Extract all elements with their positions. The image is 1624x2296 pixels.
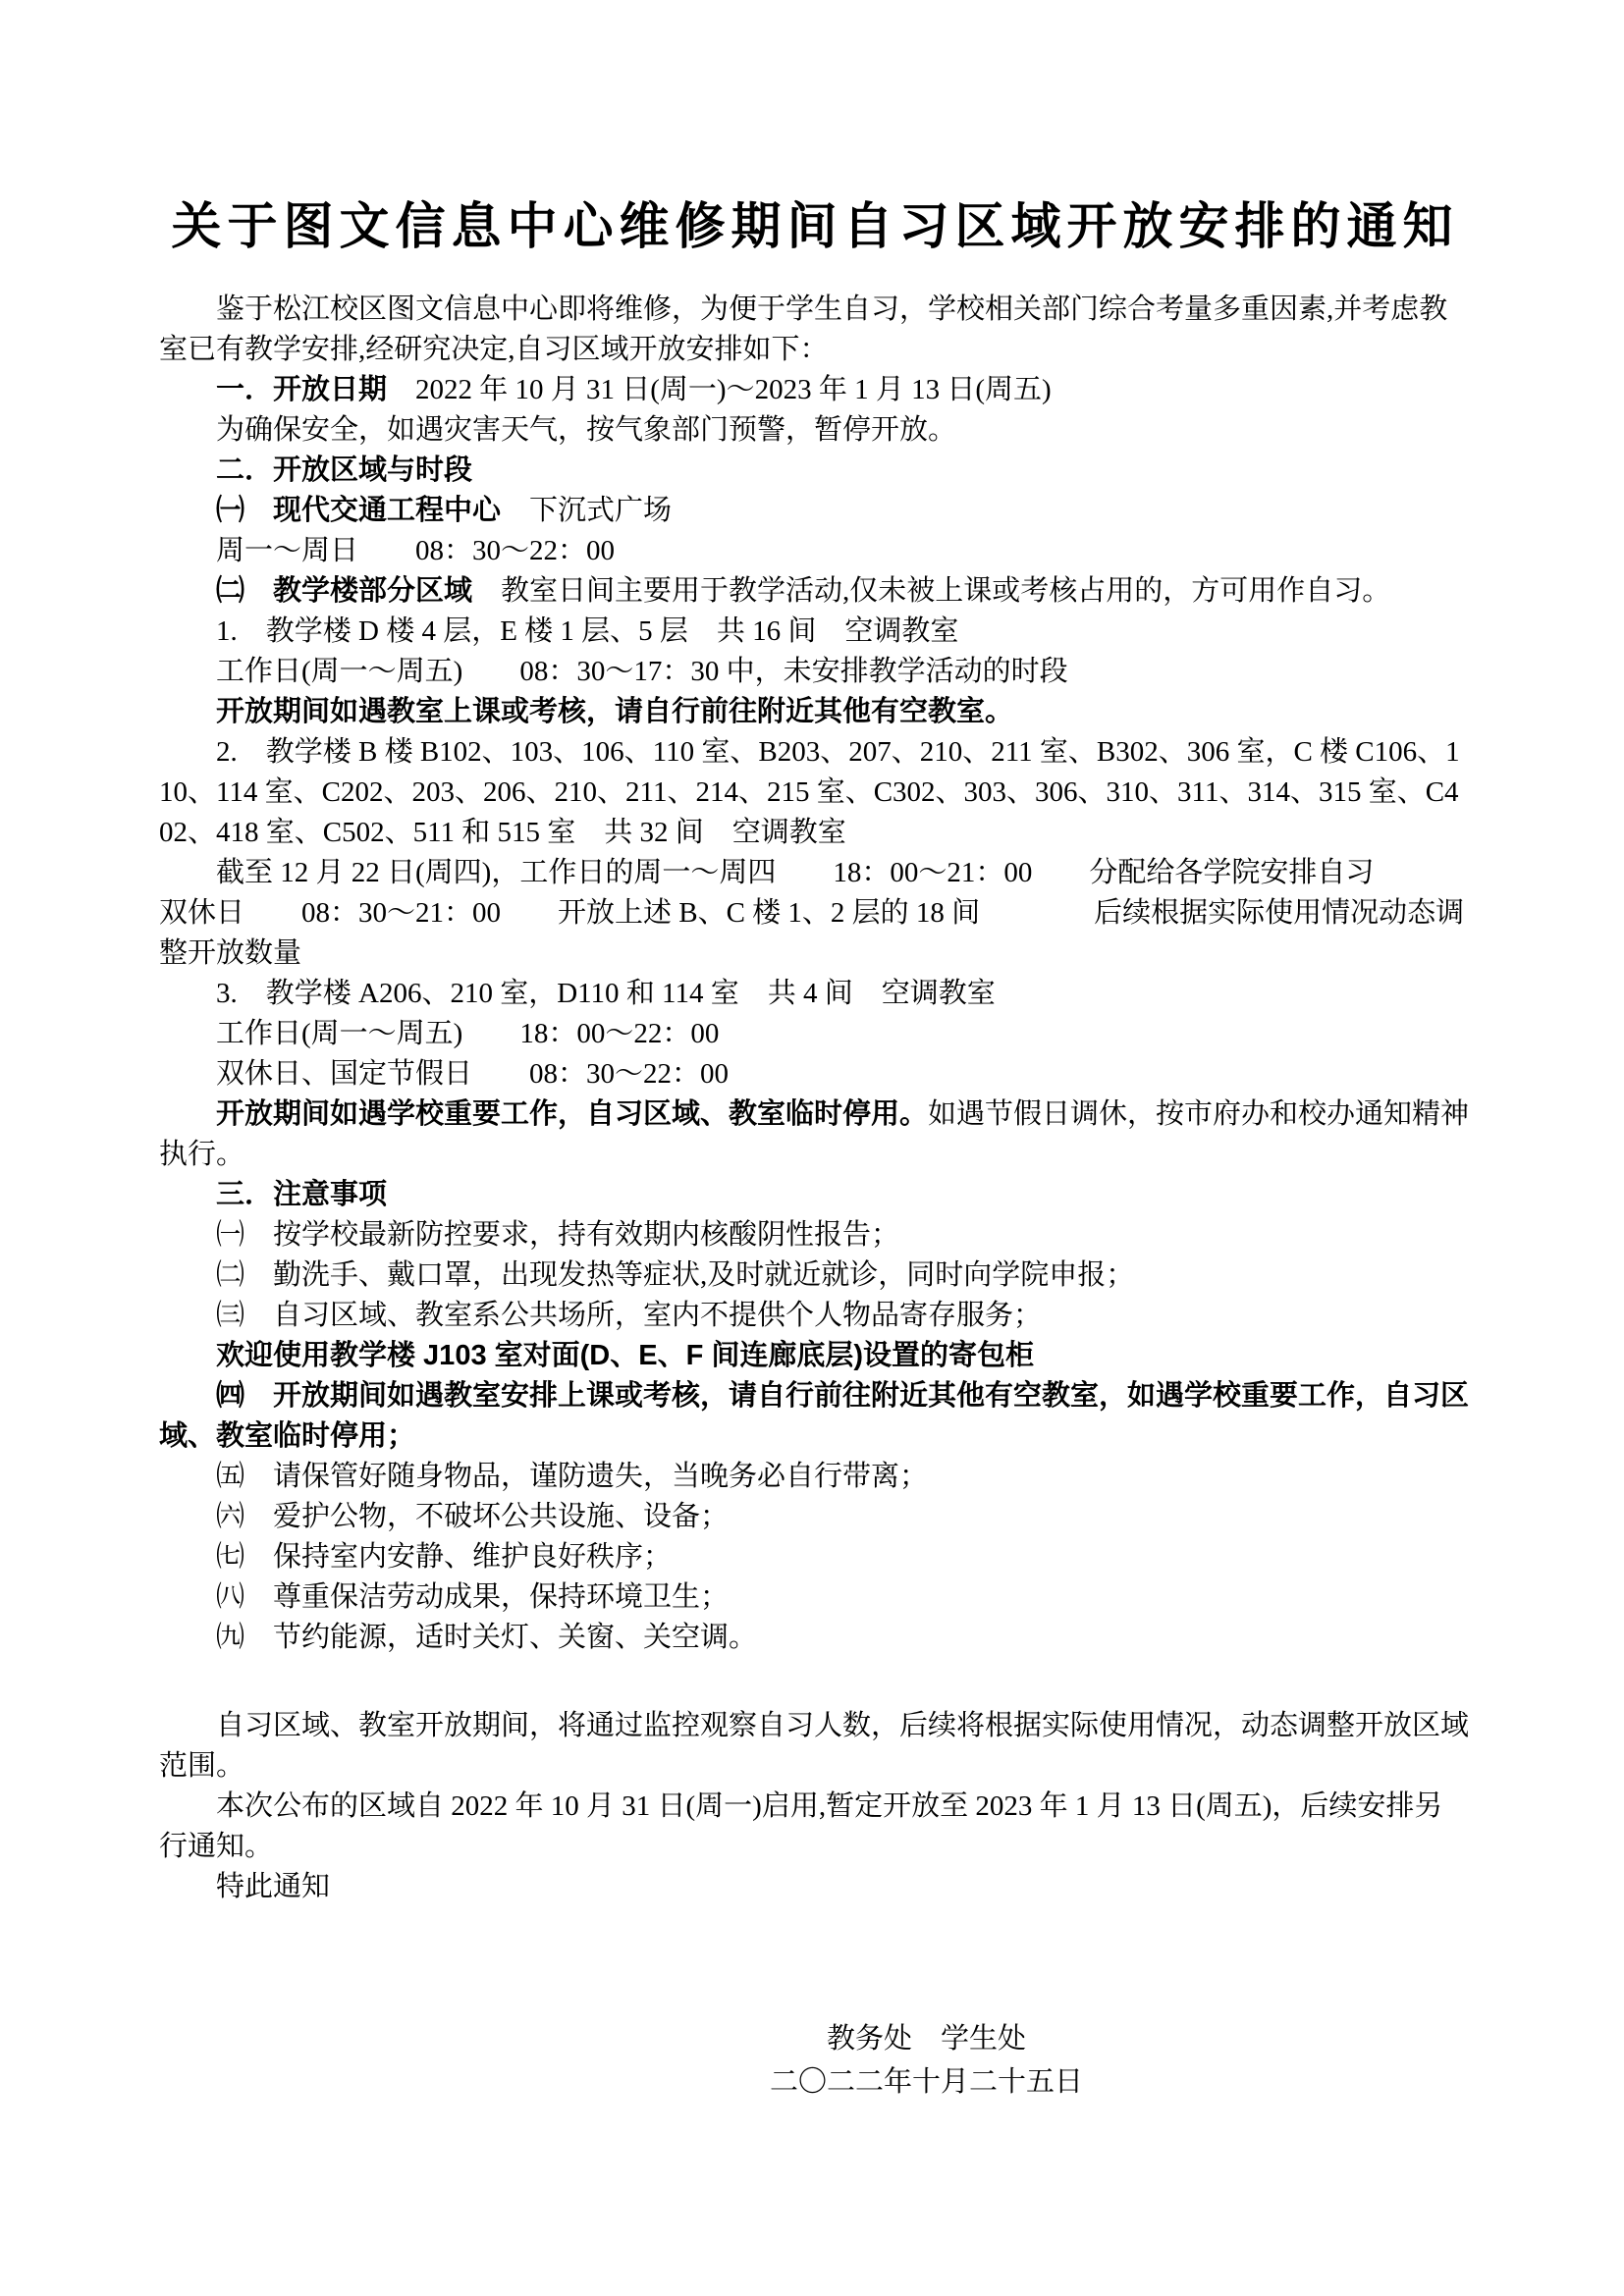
bold-text-run: 二．开放区域与时段 [216,454,472,486]
signature-date: 二〇二二年十月二十五日 [770,2060,1083,2104]
paragraph: ㈠ 按学校最新防控要求，持有效期内核酸阴性报告； [159,1215,1471,1255]
text-run: 2022 年 10 月 31 日(周一)～2023 年 1 月 13 日(周五) [387,374,1052,405]
paragraph: 特此通知 [159,1867,1471,1907]
paragraph: 一．开放日期 2022 年 10 月 31 日(周一)～2023 年 1 月 1… [159,370,1471,410]
bold-text-run: 一．开放日期 [216,374,387,405]
text-run: 特此通知 [216,1871,330,1902]
paragraph: 欢迎使用教学楼 J103 室对面(D、E、F 间连廊底层)设置的寄包柜 [159,1336,1471,1376]
text-run: 1. 教学楼 D 楼 4 层，E 楼 1 层、5 层 共 16 间 空调教室 [216,615,958,647]
text-run: ㈤ 请保管好随身物品，谨防遗失，当晚务必自行带离； [216,1461,928,1492]
paragraph: 3. 教学楼 A206、210 室，D110 和 114 室 共 4 间 空调教… [159,974,1471,1014]
text-run: 下沉式广场 [501,495,672,526]
bold-text-run: 欢迎使用教学楼 J103 室对面(D、E、F 间连廊底层)设置的寄包柜 [216,1340,1034,1371]
text-run: ㈠ 按学校最新防控要求，持有效期内核酸阴性报告； [216,1219,899,1251]
paragraph: ㈦ 保持室内安静、维护良好秩序； [159,1537,1471,1577]
text-run: ㈧ 尊重保洁劳动成果，保持环境卫生； [216,1581,729,1613]
paragraph: 开放期间如遇学校重要工作，自习区域、教室临时停用。如遇节假日调休，按市府办和校办… [159,1095,1471,1175]
paragraph: 二．开放区域与时段 [159,451,1471,491]
text-run: 截至 12 月 22 日(周四)，工作日的周一～周四 18：00～21：00 分… [159,857,1488,969]
document-page: 关于图文信息中心维修期间自习区域开放安排的通知 鉴于松江校区图文信息中心即将维修… [0,0,1624,2296]
paragraph: ㈥ 爱护公物，不破坏公共设施、设备； [159,1497,1471,1537]
text-run: 双休日、国定节假日 08：30～22：00 [216,1058,729,1090]
text-run: ㈨ 节约能源，适时关灯、关窗、关空调。 [216,1622,757,1653]
text-run: ㈡ 勤洗手、戴口罩，出现发热等症状,及时就近就诊，同时向学院申报； [216,1259,1134,1291]
paragraph: 三．注意事项 [159,1175,1471,1215]
paragraph: 1. 教学楼 D 楼 4 层，E 楼 1 层、5 层 共 16 间 空调教室 [159,612,1471,652]
paragraph: 开放期间如遇教室上课或考核，请自行前往附近其他有空教室。 [159,692,1471,732]
text-run: 3. 教学楼 A206、210 室，D110 和 114 室 共 4 间 空调教… [216,978,996,1009]
text-run: 工作日(周一～周五) 18：00～22：00 [216,1018,719,1049]
paragraph: 2. 教学楼 B 楼 B102、103、106、110 室、B203、207、2… [159,732,1471,853]
document-title: 关于图文信息中心维修期间自习区域开放安排的通知 [159,196,1471,256]
paragraph: ㈤ 请保管好随身物品，谨防遗失，当晚务必自行带离； [159,1457,1471,1497]
text-run: 为确保安全，如遇灾害天气，按气象部门预警，暂停开放。 [216,414,956,446]
bold-text-run: ㈣ 开放期间如遇教室安排上课或考核，请自行前往附近其他有空教室，如遇学校重要工作… [159,1380,1469,1452]
text-run: 本次公布的区域自 2022 年 10 月 31 日(周一)启用,暂定开放至 20… [159,1790,1442,1862]
paragraph: 自习区域、教室开放期间，将通过监控观察自习人数，后续将根据实际使用情况，动态调整… [159,1706,1471,1787]
paragraph: ㈢ 自习区域、教室系公共场所，室内不提供个人物品寄存服务； [159,1296,1471,1336]
paragraph: 工作日(周一～周五) 18：00～22：00 [159,1014,1471,1054]
paragraph: 为确保安全，如遇灾害天气，按气象部门预警，暂停开放。 [159,410,1471,451]
text-run: 自习区域、教室开放期间，将通过监控观察自习人数，后续将根据实际使用情况，动态调整… [159,1710,1469,1782]
paragraph: ㈡ 勤洗手、戴口罩，出现发热等症状,及时就近就诊，同时向学院申报； [159,1255,1471,1296]
paragraph: 工作日(周一～周五) 08：30～17：30 中，未安排教学活动的时段 [159,652,1471,692]
text-run: 鉴于松江校区图文信息中心即将维修，为便于学生自习，学校相关部门综合考量多重因素,… [159,294,1447,365]
paragraph: ㈣ 开放期间如遇教室安排上课或考核，请自行前往附近其他有空教室，如遇学校重要工作… [159,1376,1471,1457]
text-run: 工作日(周一～周五) 08：30～17：30 中，未安排教学活动的时段 [216,656,1068,687]
paragraph: 鉴于松江校区图文信息中心即将维修，为便于学生自习，学校相关部门综合考量多重因素,… [159,290,1471,370]
text-run: 教室日间主要用于教学活动,仅未被上课或考核占用的，方可用作自习。 [472,575,1390,607]
bold-text-run: 开放期间如遇学校重要工作，自习区域、教室临时停用。 [216,1098,928,1130]
paragraph: 本次公布的区域自 2022 年 10 月 31 日(周一)启用,暂定开放至 20… [159,1787,1471,1867]
text-run: ㈥ 爱护公物，不破坏公共设施、设备； [216,1501,729,1532]
bold-text-run: 开放期间如遇教室上课或考核，请自行前往附近其他有空教室。 [216,696,1013,727]
bold-text-run: 三．注意事项 [216,1179,387,1210]
signature-block: 教务处 学生处 二〇二二年十月二十五日 [770,2017,1083,2104]
paragraph: ㈨ 节约能源，适时关灯、关窗、关空调。 [159,1618,1471,1658]
paragraph: ㈡ 教学楼部分区域 教室日间主要用于教学活动,仅未被上课或考核占用的，方可用作自… [159,571,1471,612]
paragraph: ㈧ 尊重保洁劳动成果，保持环境卫生； [159,1577,1471,1618]
signature-departments: 教务处 学生处 [770,2017,1083,2060]
text-run: ㈦ 保持室内安静、维护良好秩序； [216,1541,672,1573]
text-run: ㈢ 自习区域、教室系公共场所，室内不提供个人物品寄存服务； [216,1300,1042,1331]
paragraph: 截至 12 月 22 日(周四)，工作日的周一～周四 18：00～21：00 分… [159,853,1471,974]
document-body: 鉴于松江校区图文信息中心即将维修，为便于学生自习，学校相关部门综合考量多重因素,… [159,290,1471,1907]
paragraph: 双休日、国定节假日 08：30～22：00 [159,1054,1471,1095]
text-run: 2. 教学楼 B 楼 B102、103、106、110 室、B203、207、2… [159,736,1460,848]
text-run: 周一～周日 08：30～22：00 [216,535,615,566]
bold-text-run: ㈠ 现代交通工程中心 [216,495,501,526]
paragraph: 周一～周日 08：30～22：00 [159,531,1471,571]
bold-text-run: ㈡ 教学楼部分区域 [216,575,472,607]
paragraph: ㈠ 现代交通工程中心 下沉式广场 [159,491,1471,531]
